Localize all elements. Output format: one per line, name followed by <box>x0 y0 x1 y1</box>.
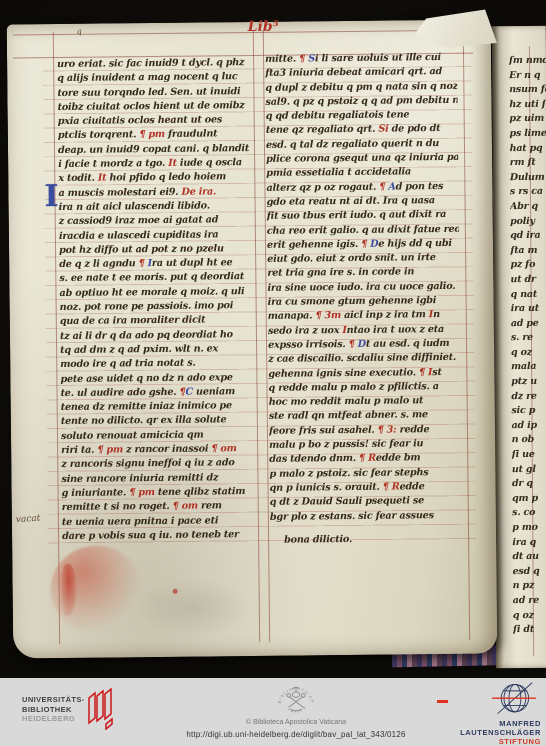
next-page-line: ad pe <box>511 316 546 331</box>
next-page-line: nsum fo <box>509 83 546 98</box>
manuscript-photo: ſm nmdEr n qnsum fohz uti ſepz uimps lim… <box>0 0 546 678</box>
next-page-line: s. re <box>511 331 546 346</box>
vatican-seal-icon: BIBLIOTECA APOSTOLICA VATICANA <box>276 680 316 720</box>
next-page-line: ad ip <box>512 419 546 434</box>
scan-viewer: ſm nmdEr n qnsum fohz uti ſepz uimps lim… <box>0 0 546 746</box>
next-page-line: dt au <box>512 550 546 565</box>
next-page-line: rm ſt <box>510 156 546 171</box>
next-page-text-column: ſm nmdEr n qnsum fohz uti ſepz uimps lim… <box>509 54 546 638</box>
manuscript-line: z rancoris signu ineffoi q iu z ado <box>61 456 253 472</box>
next-page-line: dz re <box>511 389 546 404</box>
next-page-line: q oz <box>513 608 546 623</box>
text-column-right: mitte. ¶ Si li sare uoluis ut ille cuift… <box>265 51 462 573</box>
manuscript-line: q redde malu p malo z pfilictis. a <box>268 380 460 396</box>
footer-bar: UNIVERSITÄTS- BIBLIOTHEK HEIDELBERG BIBL… <box>0 678 546 746</box>
next-page-line: ira q <box>512 535 546 550</box>
next-page-line: p mo <box>512 521 546 536</box>
manuscript-line: tz ai li dr q da ado pq deordiat ho <box>60 328 252 344</box>
next-page-line: ad re <box>513 594 546 609</box>
page-corner-fold <box>415 9 497 48</box>
ub-heidelberg-wordmark: UNIVERSITÄTS- BIBLIOTHEK HEIDELBERG <box>22 695 85 724</box>
manuscript-line: fta3 iniuria debeat amicari qrt. ad <box>265 65 457 81</box>
next-page-line: poliy <box>510 214 546 229</box>
lautenschlaeger-wordmark: MANFRED LAUTENSCHLÄGER STIFTUNG <box>460 719 541 746</box>
next-page-line: s rs ca <box>510 185 546 200</box>
next-page-line: sic p <box>511 404 546 419</box>
next-page-line: dr q <box>512 477 546 492</box>
next-page-line: hat pq <box>510 141 546 156</box>
catchword: bona dilictio. <box>270 532 462 548</box>
ub-heidelberg-books-icon <box>87 688 117 730</box>
source-url: http://digi.ub.uni-heidelberg.de/diglit/… <box>116 730 476 739</box>
manuscript-line: manapa. ¶ 3m aicl inp z ira tm In <box>268 308 460 324</box>
ub-line3: HEIDELBERG <box>22 714 85 724</box>
next-page-line: n pz <box>513 579 546 594</box>
manuscript-page: Lib⁵ q uro eriat. sic fac inuid9 t dycl.… <box>7 19 498 658</box>
ml-line3: STIFTUNG <box>460 737 541 746</box>
red-dash <box>437 700 448 703</box>
manuscript-line: noz. pot rone pe passiois. imo poi <box>60 299 252 315</box>
next-page-line: esd q <box>513 565 546 580</box>
next-page-line: ſm nmd <box>509 54 546 69</box>
next-page-line: pz fo <box>510 258 546 273</box>
next-page-line: ſi dt <box>513 623 546 638</box>
next-page-line: ut gl <box>512 462 546 477</box>
manuscript-line: x todit. It hoi pfido q ledo hoiem <box>58 170 250 186</box>
next-page-line: q nat <box>511 287 546 302</box>
blue-initial: I <box>44 182 58 212</box>
next-page-line: q oz <box>511 346 546 361</box>
running-title: Lib⁵ <box>248 19 279 35</box>
ml-line1: MANFRED <box>460 719 541 728</box>
manuscript-line: sal9. q pz q pstoiz q q ad pm debitu no <box>265 94 457 110</box>
next-page-line: Dulum <box>510 171 546 186</box>
next-page-line: hz uti ſe <box>509 98 546 113</box>
next-page-line: Er n q <box>509 68 546 83</box>
manuscript-line: pxia ciuitatis oclos heant ut oes <box>58 113 250 129</box>
next-page-line: ut dr <box>510 273 546 288</box>
manuscript-line: z cae discailio. scdaliu sine diffiniet. <box>268 351 460 367</box>
next-page-line: n ob <box>512 433 546 448</box>
manuscript-line: eiut gdo. eiut z ordo snit. un irte <box>267 251 459 267</box>
ml-line2: LAUTENSCHLÄGER <box>460 728 541 737</box>
next-page-line: ſi ue <box>512 448 546 463</box>
next-page-line: Abr q <box>510 200 546 215</box>
ub-line2: BIBLIOTHEK <box>22 705 85 715</box>
vatican-copyright: © Biblioteca Apostolica Vaticana <box>146 719 446 726</box>
manuscript-line: fit suo tbus erit iudo. q aut dixit ra <box>267 208 459 224</box>
manuscript-line: q alijs inuident a mag nocent q luc <box>57 70 249 86</box>
smudge-stain <box>132 577 253 638</box>
next-page-line: mala <box>511 360 546 375</box>
ub-line1: UNIVERSITÄTS- <box>22 695 85 705</box>
manuscript-line: bgr plo z estans. sic fear assues <box>270 508 462 524</box>
next-page-line: qm p <box>512 492 546 507</box>
next-page-line: ſta m <box>510 244 546 259</box>
margin-note-vacat: vacat <box>16 514 41 526</box>
next-page-sliver: ſm nmdEr n qnsum fohz uti ſepz uimps lim… <box>492 26 546 668</box>
next-page-line: ps lime <box>509 127 546 142</box>
next-page-line: s. co <box>512 506 546 521</box>
next-page-line: qd ira <box>510 229 546 244</box>
manuscript-line: g iniuriante. ¶ pm tene qlibz statim <box>62 485 254 501</box>
manuscript-line: dare p vobis sua q iu. no teneb ter <box>62 528 254 544</box>
manuscript-line: tente no dilicto. qr ex illa solute <box>61 413 253 429</box>
next-page-line: ira ut <box>511 302 546 317</box>
text-column-left: uro eriat. sic fac inuid9 t dycl. q phzq… <box>57 56 254 550</box>
next-page-line: ptz u <box>511 375 546 390</box>
header-mark: q <box>77 27 82 36</box>
lautenschlaeger-globe-icon <box>492 679 536 721</box>
next-page-line: pz uim <box>509 112 546 127</box>
manuscript-line: plice corona gsequt una qz iniuria passz… <box>266 151 458 167</box>
